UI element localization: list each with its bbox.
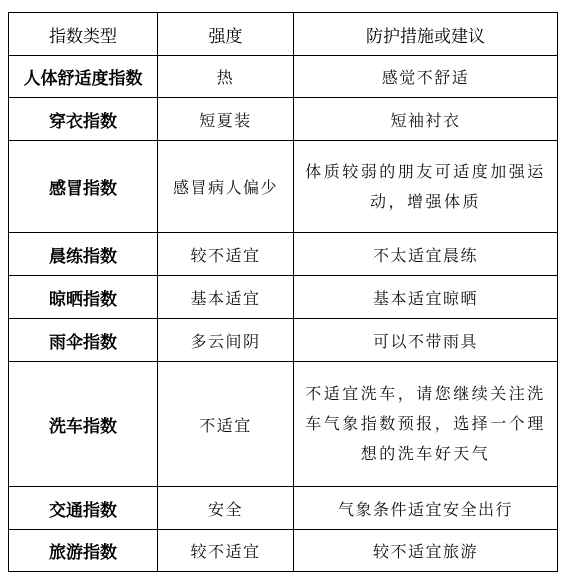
intensity-cell: 热 xyxy=(158,56,294,98)
table-row: 感冒指数 感冒病人偏少 体质较弱的朋友可适度加强运动，增强体质 xyxy=(9,141,558,233)
table-row: 晨练指数 较不适宜 不太适宜晨练 xyxy=(9,233,558,276)
header-intensity: 强度 xyxy=(158,13,294,56)
intensity-cell: 感冒病人偏少 xyxy=(158,141,294,233)
table-row: 雨伞指数 多云间阴 可以不带雨具 xyxy=(9,319,558,362)
header-advice: 防护措施或建议 xyxy=(294,13,558,56)
index-type-cell: 旅游指数 xyxy=(9,530,158,572)
advice-cell: 不适宜洗车，请您继续关注洗车气象指数预报，选择一个理想的洗车好天气 xyxy=(294,362,558,487)
intensity-cell: 较不适宜 xyxy=(158,233,294,276)
table-row: 穿衣指数 短夏装 短袖衬衣 xyxy=(9,98,558,141)
index-type-cell: 交通指数 xyxy=(9,487,158,530)
advice-cell: 基本适宜晾晒 xyxy=(294,276,558,319)
table-row: 人体舒适度指数 热 感觉不舒适 xyxy=(9,56,558,98)
table-row: 交通指数 安全 气象条件适宜安全出行 xyxy=(9,487,558,530)
intensity-cell: 安全 xyxy=(158,487,294,530)
table-row: 洗车指数 不适宜 不适宜洗车，请您继续关注洗车气象指数预报，选择一个理想的洗车好… xyxy=(9,362,558,487)
intensity-cell: 多云间阴 xyxy=(158,319,294,362)
intensity-cell: 较不适宜 xyxy=(158,530,294,572)
intensity-cell: 短夏装 xyxy=(158,98,294,141)
intensity-cell: 基本适宜 xyxy=(158,276,294,319)
index-type-cell: 穿衣指数 xyxy=(9,98,158,141)
advice-cell: 可以不带雨具 xyxy=(294,319,558,362)
advice-cell: 气象条件适宜安全出行 xyxy=(294,487,558,530)
advice-cell: 体质较弱的朋友可适度加强运动，增强体质 xyxy=(294,141,558,233)
advice-cell: 较不适宜旅游 xyxy=(294,530,558,572)
index-type-cell: 洗车指数 xyxy=(9,362,158,487)
advice-cell: 不太适宜晨练 xyxy=(294,233,558,276)
advice-cell: 感觉不舒适 xyxy=(294,56,558,98)
weather-index-table: 指数类型 强度 防护措施或建议 人体舒适度指数 热 感觉不舒适 穿衣指数 短夏装… xyxy=(8,12,558,572)
advice-cell: 短袖衬衣 xyxy=(294,98,558,141)
table-row: 晾晒指数 基本适宜 基本适宜晾晒 xyxy=(9,276,558,319)
index-type-cell: 感冒指数 xyxy=(9,141,158,233)
index-type-cell: 人体舒适度指数 xyxy=(9,56,158,98)
index-type-cell: 晨练指数 xyxy=(9,233,158,276)
index-type-cell: 晾晒指数 xyxy=(9,276,158,319)
header-index-type: 指数类型 xyxy=(9,13,158,56)
table-header-row: 指数类型 强度 防护措施或建议 xyxy=(9,13,558,56)
index-type-cell: 雨伞指数 xyxy=(9,319,158,362)
table-row: 旅游指数 较不适宜 较不适宜旅游 xyxy=(9,530,558,572)
intensity-cell: 不适宜 xyxy=(158,362,294,487)
